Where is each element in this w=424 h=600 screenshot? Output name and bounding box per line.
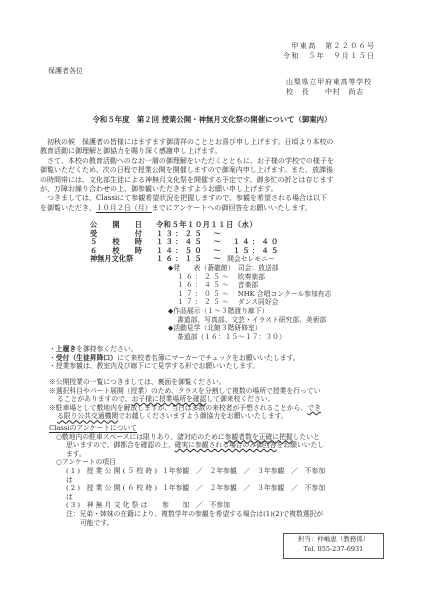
text: までにアンケートへの御回答をお願いいたします。	[152, 204, 312, 212]
document-number: 甲東高 第２２０６号	[283, 42, 375, 52]
sender-block: 山梨県立甲府東高等学校 校 長 中村 尚志	[286, 78, 372, 97]
survey-section: Classiのアンケートについて ○敷地内の駐車スペースには限りあり、諸対応のた…	[56, 424, 386, 527]
performance-item: １６：４５～ 音楽部	[168, 281, 331, 290]
festival-program: ◆発 表（蒼龍館） 司会：放送部 １６：２５～ 吹奏楽部 １６：４５～ 音楽部 …	[168, 264, 331, 341]
emphasis-text: 確実に参観される場合のみ御回答	[175, 441, 277, 449]
schedule-label: 神無月文化祭	[90, 255, 142, 264]
sender-principal: 校 長 中村 尚志	[286, 88, 372, 98]
survey-text: ます。	[56, 450, 386, 459]
intro-line: さて、本校の教育活動へのなお一層の御理解をいただくとともに、お子様の学校での様子…	[40, 157, 386, 166]
remark-item: ることがありますので、お子様に授業場所を確認して御来校ください。	[49, 395, 385, 404]
survey-items: (1) 授業公開(５校時)は１年参観 ／ ２年参観 ／ ３年参観 ／ 不参加 (…	[56, 467, 386, 510]
remark-item: ※公開授業の一覧につきましては、裏面を御覧ください。	[49, 378, 385, 387]
contact-phone: Tel. 055-237-6931	[284, 545, 383, 555]
intro-body: 初秋の候 保護者の皆様にはますます御清祥のこととお喜び申し上げます。日頃より本校…	[40, 138, 386, 213]
document-number-block: 甲東高 第２２０６号 令和 ５年 ９月１５日	[283, 42, 375, 61]
intro-line: 御覧いただくため、次の日程で授業公開を開催しますので御案内申し上げます。また、放…	[40, 166, 386, 175]
emphasis-text: お子様に授業場所を確認	[132, 395, 207, 403]
addressee: 保護者各位	[48, 66, 83, 76]
presentation-heading: ◆発 表（蒼龍館） 司会：放送部	[168, 264, 331, 273]
performance-item: １７：２５～ ダンス同好会	[168, 298, 331, 307]
exhibit-clubs: 書道部、写真部、文芸・イラスト研究部、美術部	[168, 316, 331, 325]
text: を御覧いただき、	[40, 204, 96, 212]
note-item: ・上履きを御持参ください。	[49, 345, 300, 354]
exhibit-heading: ◆作品展示（１～３階渡り廊下）	[168, 307, 331, 316]
survey-items-heading: ○アンケートの項目	[56, 458, 386, 467]
survey-heading: Classiのアンケートについて	[49, 424, 386, 433]
activity-detail: 茶道部（１６：１５～１７：３０）	[168, 333, 331, 342]
performance-item: １６：２５～ 吹奏楽部	[168, 273, 331, 282]
survey-text: 思いますので、御都合を確認の上、確実に参観される場合のみ御回答をお願いいたし	[56, 441, 386, 450]
contact-box: 担当：仲嶋恵（教務係） Tel. 055-237-6931	[283, 533, 384, 559]
remarks: ※公開授業の一覧につきましては、裏面を御覧ください。 ※選択科目やパート展開（授…	[49, 378, 385, 421]
visitor-notes: ・上履きを御持参ください。 ・受付（生徒昇降口）にて来校者名簿にマーカーでチェッ…	[49, 345, 300, 371]
opening-ceremony: 開会セレモニー	[227, 255, 275, 264]
emphasis-text: る限り公共交通機関	[57, 412, 118, 420]
survey-item: (3) 神無月文化祭は参 加 ／ 不参加	[56, 501, 386, 510]
issue-date: 令和 ５年 ９月１５日	[283, 52, 375, 62]
intro-line: 初秋の候 保護者の皆様にはますます御清祥のこととお喜び申し上げます。日頃より本校…	[40, 138, 386, 147]
note-item: ・授業参観は、教室内及び廊下にて見学する形でお願いいたします。	[49, 362, 300, 371]
activity-heading: ◆活動見学（北館３階研修室）	[168, 324, 331, 333]
sender-organization: 山梨県立甲府東高等学校	[286, 78, 372, 88]
survey-item: (2) 授業公開(６校時)は１年参観 ／ ２年参観 ／ ３年参観 ／ 不参加	[56, 484, 386, 501]
intro-line: を御覧いただき、１０月２日（月）までにアンケートへの御回答をお願いいたします。	[40, 204, 386, 213]
survey-deadline: １０月２日（月）	[96, 204, 152, 212]
schedule-value: １６：１５ ～	[156, 255, 223, 264]
remark-item: る限り公共交通機関でお越しくださいますよう御協力をお願いいたします。	[49, 412, 385, 421]
schedule-table: 公開日 令和５年１０月１１日（水） 受付 １３：２５ ～ ５校時 １３：４５ ～…	[90, 221, 281, 264]
intro-line: 教育活動に御理解と御協力を賜り深く感謝申し上げます。	[40, 147, 386, 156]
intro-line: つきましては、Classiにて参観希望状況を把握しますので、参観を希望される場合…	[40, 194, 386, 203]
remark-item: ※選択科目やパート展開（授業）のため、クラスを分割して複数の場所で授業を行ってい	[49, 387, 385, 396]
intro-line: の時間帯には、文化部生徒による神無月文化祭を開催する予定です。御多忙の折とは存じ…	[40, 176, 386, 185]
contact-person: 担当：仲嶋恵（教務係）	[284, 535, 383, 545]
emphasis-text: でき	[307, 404, 321, 412]
survey-note: 注：兄弟・姉妹の在籍により、複数学年の参観を希望する場合は(1)(2)で複数選択…	[56, 510, 386, 519]
survey-note: 可能です。	[56, 519, 386, 528]
survey-item: (1) 授業公開(５校時)は１年参観 ／ ２年参観 ／ ３年参観 ／ 不参加	[56, 467, 386, 484]
schedule-row-festival: 神無月文化祭 １６：１５ ～ 開会セレモニー	[90, 255, 281, 264]
emphasis-text: 参観者数を正確に把握	[225, 433, 293, 441]
document-title: 令和５年度 第２回 授業公開・神無月文化祭の開催について（御案内）	[40, 114, 384, 125]
survey-text: ○敷地内の駐車スペースには限りあり、諸対応のために参観者数を正確に把握したいと	[56, 433, 386, 442]
note-item: ・受付（生徒昇降口）にて来校者名簿にマーカーでチェックをお願いいたします。	[49, 354, 300, 363]
